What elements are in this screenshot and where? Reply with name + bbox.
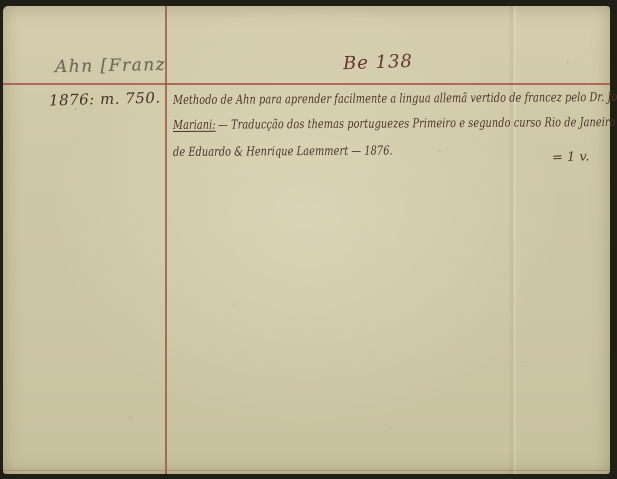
entry-line-3: de Eduardo & Henrique Laemmert — 1876. [173, 143, 393, 159]
vertical-red-rule [165, 6, 167, 474]
horizontal-red-rule [3, 83, 610, 85]
author-heading: Ahn [Franz [55, 55, 167, 77]
scan-background: Ahn [Franz Be 138 1876: m. 750. Methodo … [0, 0, 617, 479]
entry-line-2: Mariani:— Traducção dos themas portuguez… [173, 114, 617, 132]
catalog-card: Ahn [Franz Be 138 1876: m. 750. Methodo … [3, 6, 610, 474]
author-surname: Mariani: [173, 117, 216, 132]
accession-number: 1876: m. 750. [49, 89, 161, 110]
volume-note: = 1 v. [552, 149, 590, 165]
entry-line-1: Methodo de Ahn para aprender facilmente … [173, 89, 617, 107]
entry-line-2-rest: — Traducção dos themas portuguezes Prime… [218, 114, 617, 132]
bottom-faint-rule [3, 470, 610, 472]
call-number: Be 138 [343, 51, 414, 74]
paper-crease [508, 6, 518, 474]
